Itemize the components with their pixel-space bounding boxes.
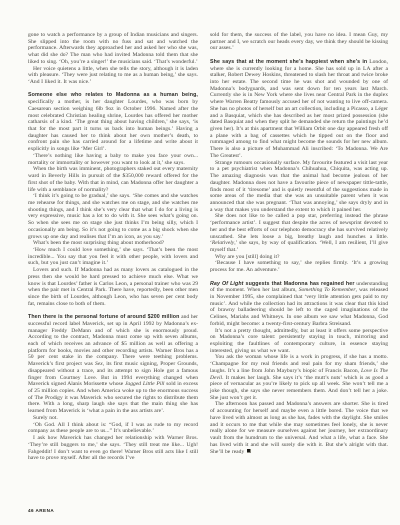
italic-title: Jagged Little Pill [125,381,165,387]
body-text: . It makes her laugh. She says it’s ‘the… [210,375,388,401]
body-text: ‘Oh God. All I think about is: “God, if … [28,422,198,435]
body-text: Surely not. [33,415,58,421]
paragraph: What’s been the most surprising thing ab… [28,240,198,247]
body-text: , was released in November 1995, she com… [210,287,388,327]
italic-title: Something To Remember [299,287,356,293]
paragraph: It’s not a pretty thought, admittedly, b… [210,328,388,355]
end-of-article-icon [247,449,252,454]
section-paragraph: Ray Of Light suggests that Madonna has r… [210,281,388,328]
section-heading-run-in: suggests that Madonna has regained her [244,281,355,287]
paragraph: ‘Because I have something to say,’ she r… [210,260,388,273]
page-footer: 46ARENA [28,508,56,513]
body-text: specifically a mother, is her daughter L… [28,99,198,152]
paragraph: The afternoon has passed and Madonna’s a… [210,401,388,455]
italic-title: Relatively [212,240,234,246]
paragraph: When the birth was imminent, photographe… [28,166,198,193]
paragraph: ‘There’s nothing like having a baby to m… [28,153,198,166]
right-text-column: sold for them, the success of the label,… [210,32,388,455]
page-number: 46 [28,508,34,513]
section-paragraph: Someone else who relates to Madonna as a… [28,92,198,152]
body-text: ,’ she says, by way of qualification. ‘W… [210,240,388,253]
body-text: What’s been the most surprising thing ab… [33,240,164,246]
paragraph: You ask the woman whose life is a work i… [210,354,388,401]
left-text-column: gone to watch a performance by a group o… [28,32,198,462]
italic-title: Sex [95,361,103,367]
paragraph: sold for them, the success of the label,… [210,32,388,52]
paragraph: Lovers and such. If Madonna had as many … [28,267,198,307]
body-text: Her voice quietens a little, when she te… [28,66,198,85]
paragraph: ‘I think it’s going to be gradual,’ she … [28,193,198,240]
section-heading-run-in: Then there is the personal fortune of ar… [28,314,179,320]
paragraph: She does not like to be called a pop sta… [210,213,388,253]
paragraph: ‘How much I could love something,’ she s… [28,247,198,267]
section-heading-run-in: Someone else who relates to Madonna as a… [28,92,198,98]
magazine-name: ARENA [36,508,55,513]
body-text: sold for them, the success of the label,… [210,32,388,51]
paragraph: Strange rumours occasionally surface. My… [210,160,388,214]
paragraph: Surely not. [28,415,198,422]
paragraph: gone to watch a performance by a group o… [28,32,198,66]
section-heading-run-in: She says that at the moment she’s happie… [210,59,367,65]
body-text: Strange rumours occasionally surface. My… [210,160,388,213]
body-text: ‘I think it’s going to be gradual,’ she … [28,193,198,239]
section-paragraph: She says that at the moment she’s happie… [210,59,388,160]
body-text: I ask how Maverick has changed her relat… [28,435,198,461]
magazine-page: gone to watch a performance by a group o… [0,0,400,525]
body-text: ‘How much I could love something,’ she s… [28,247,198,266]
body-text: The afternoon has passed and Madonna’s a… [210,401,388,454]
body-text: ‘Because I have something to say,’ she r… [210,260,388,273]
section-paragraph: Then there is the personal fortune of ar… [28,314,198,415]
section-heading-title-italic: Ray Of Light [210,281,244,287]
body-text: ‘There’s nothing like having a baby to m… [28,153,198,166]
body-text: and her successful record label Maverick… [28,314,198,367]
body-text: It’s not a pretty thought, admittedly, b… [210,328,388,354]
body-text: Lovers and such. If Madonna had as many … [28,267,198,307]
paragraph: Her voice quietens a little, when she te… [28,66,198,86]
body-text: When the birth was imminent, photographe… [28,166,198,192]
body-text: Why are you [still] doing it? [215,254,280,260]
body-text: gone to watch a performance by a group o… [28,32,198,65]
body-text: London, where she is currently looking f… [210,59,388,159]
paragraph: I ask how Maverick has changed her relat… [28,435,198,462]
paragraph: ‘Oh God. All I think about is: “God, if … [28,422,198,435]
